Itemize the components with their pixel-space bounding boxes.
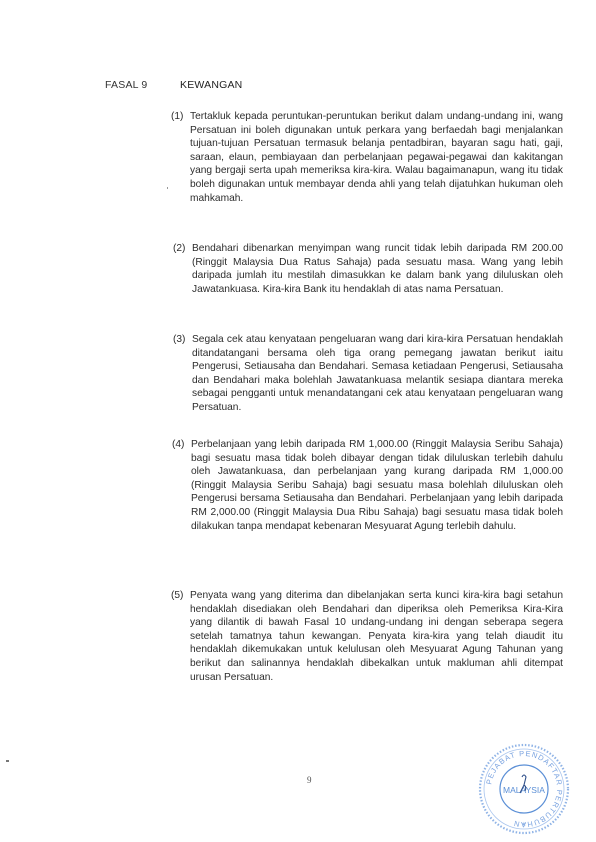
scan-speck [167, 187, 168, 189]
clause-text: Perbelanjaan yang lebih daripada RM 1,00… [191, 438, 563, 533]
clause-2: (2) Bendahari dibenarkan menyimpan wang … [192, 242, 563, 296]
clause-number: (1) [171, 110, 183, 124]
clause-4: (4) Perbelanjaan yang lebih daripada RM … [191, 438, 563, 533]
document-page: FASAL 9 KEWANGAN (1) Tertakluk kepada pe… [0, 0, 596, 842]
section-label: FASAL 9 [105, 79, 147, 91]
svg-text:★: ★ [521, 821, 526, 828]
scan-speck [6, 760, 9, 762]
clause-3: (3) Segala cek atau kenyataan pengeluara… [192, 333, 563, 415]
clause-number: (3) [173, 333, 185, 347]
svg-text:MALAYSIA: MALAYSIA [503, 785, 545, 795]
page-number: 9 [307, 775, 312, 785]
clause-number: (4) [172, 438, 184, 452]
section-title: KEWANGAN [180, 79, 242, 91]
clause-text: Segala cek atau kenyataan pengeluaran wa… [192, 333, 563, 415]
official-stamp-icon: PEJABAT PENDAFTAR PERTUBUHAN MALAYSIA ★ [478, 743, 570, 835]
clause-5: (5) Penyata wang yang diterima dan dibel… [190, 589, 563, 684]
clause-1: (1) Tertakluk kepada peruntukan-peruntuk… [190, 110, 563, 205]
clause-number: (5) [171, 589, 183, 603]
clause-text: Tertakluk kepada peruntukan-peruntukan b… [190, 110, 563, 205]
clause-text: Bendahari dibenarkan menyimpan wang runc… [192, 242, 563, 296]
clause-number: (2) [173, 242, 185, 256]
clause-text: Penyata wang yang diterima dan dibelanja… [190, 589, 563, 684]
